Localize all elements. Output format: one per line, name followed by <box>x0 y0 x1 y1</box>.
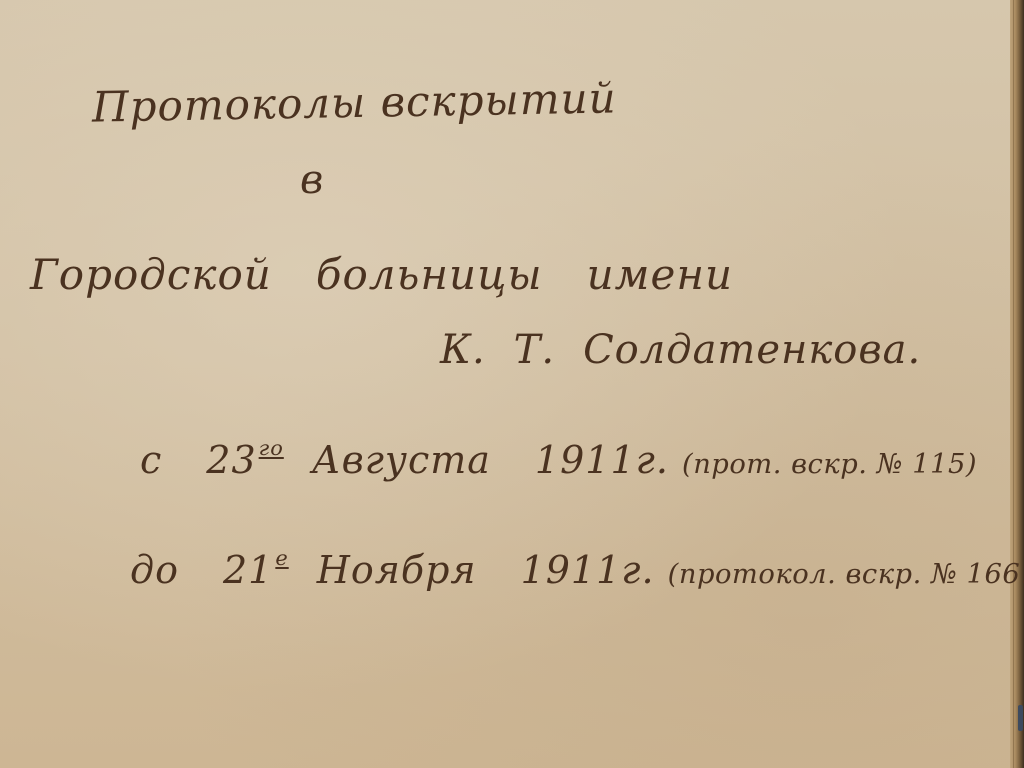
hospital-namesake: К.Т.Солдатенкова. <box>440 330 921 370</box>
date-to-line: до21еНоября1911г. (протокол. вскр. № 166… <box>130 548 1024 589</box>
date-to-day: 21 <box>223 548 273 592</box>
hospital-word-city: Городской <box>30 250 272 299</box>
date-to-day-suffix: е <box>275 546 288 570</box>
hospital-line: Городскойбольницыимени <box>30 254 733 296</box>
name-initial-first: К. <box>440 327 486 373</box>
date-to-note: (протокол. вскр. № 166.) <box>668 559 1024 590</box>
preposition-line: в <box>300 160 324 200</box>
date-from-day-suffix: го <box>259 436 284 460</box>
date-to-month: Ноября <box>317 548 477 592</box>
date-from-note: (прот. вскр. № 115) <box>682 449 977 480</box>
hospital-word-hospital: больницы <box>316 250 543 299</box>
date-from-day: 23 <box>206 438 256 482</box>
date-to-year: 1911г. <box>521 548 655 592</box>
date-from-prefix: с <box>140 438 162 482</box>
binding-mark <box>1018 705 1023 731</box>
date-from-line: с23гоАвгуста1911г. (прот. вскр. № 115) <box>140 438 977 479</box>
page-edge-line <box>1013 0 1014 768</box>
document-title: Протоколы вскрытий <box>92 77 617 128</box>
name-initial-patronymic: Т. <box>514 327 555 373</box>
book-page-edge <box>1010 0 1024 768</box>
date-from-year: 1911г. <box>535 438 669 482</box>
name-surname: Солдатенкова. <box>583 327 921 373</box>
date-to-prefix: до <box>130 548 179 592</box>
date-from-month: Августа <box>312 438 491 482</box>
hospital-word-named: имени <box>587 250 733 299</box>
